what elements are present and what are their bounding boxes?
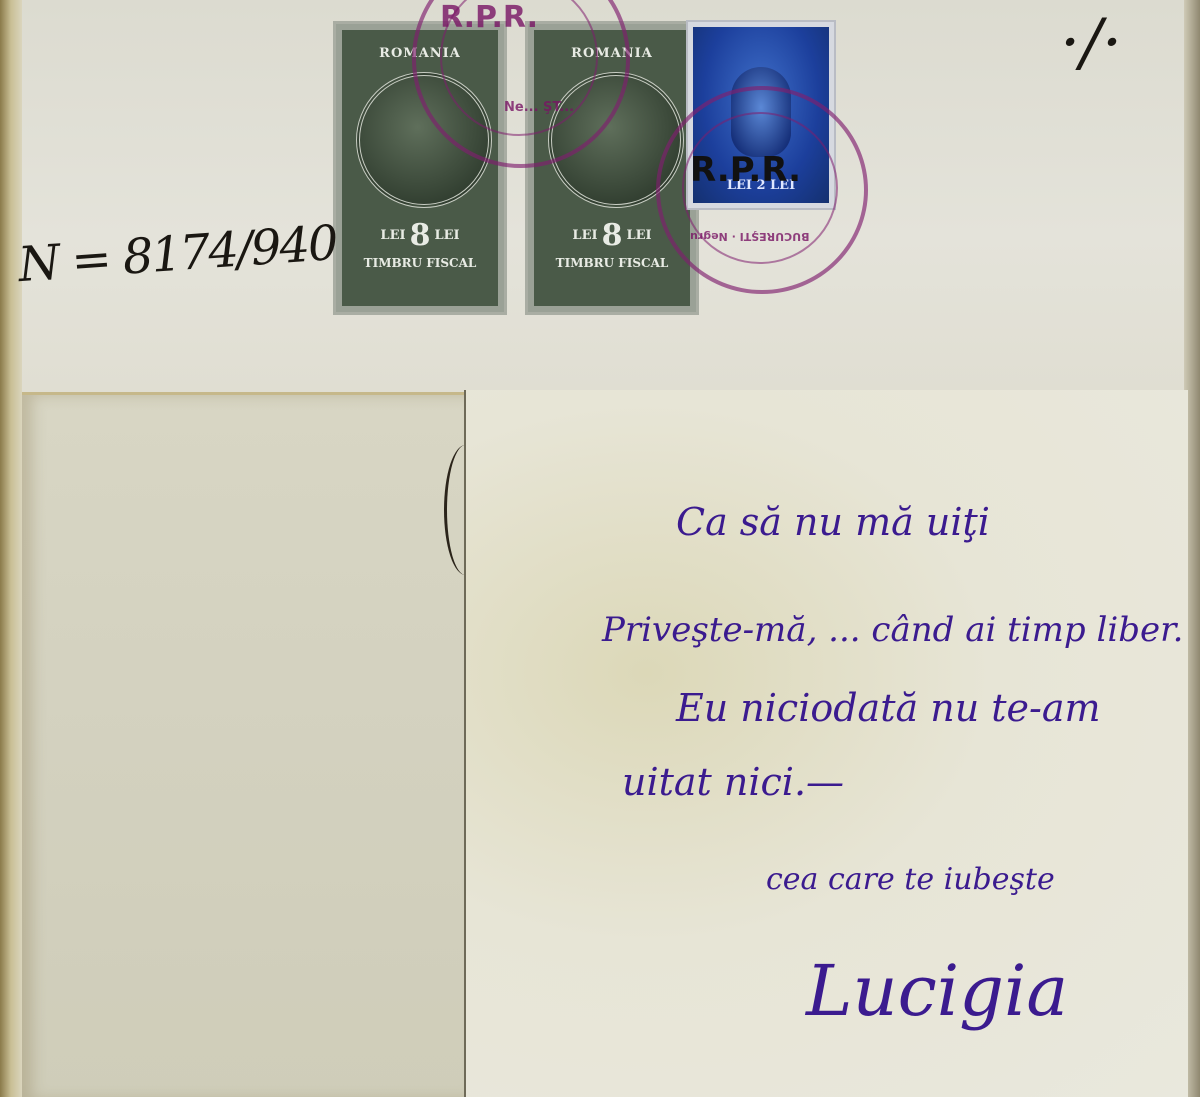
stamp-caption: TIMBRU FISCAL — [342, 256, 498, 270]
note-line-4: uitat nici.— — [622, 760, 844, 804]
blank-leaf — [22, 392, 466, 1097]
stamp-value: LEI8LEI — [342, 218, 498, 253]
seal-text: Ne... ŞT... — [504, 100, 574, 115]
book-spine — [0, 0, 22, 1097]
seal-overprint: R.P.R. — [440, 0, 538, 35]
note-line-1: Ca să nu mă uiţi — [676, 500, 990, 544]
seal-text: BUCUREŞTI · Negru — [690, 230, 809, 243]
seal-overprint: R.P.R. — [690, 150, 801, 190]
signature: Lucigia — [806, 950, 1068, 1032]
note-line-2: Priveşte-mă, ... când ai timp liber. — [602, 610, 1183, 650]
note-line-3: Eu niciodată nu te-am — [676, 686, 1101, 730]
note-line-5: cea care te iubeşte — [766, 862, 1055, 897]
handwritten-note: Ca să nu mă uiţi Priveşte-mă, ... când a… — [464, 390, 1188, 1097]
stamp-caption: TIMBRU FISCAL — [534, 256, 690, 270]
corner-mark: ·/· — [1060, 6, 1122, 80]
